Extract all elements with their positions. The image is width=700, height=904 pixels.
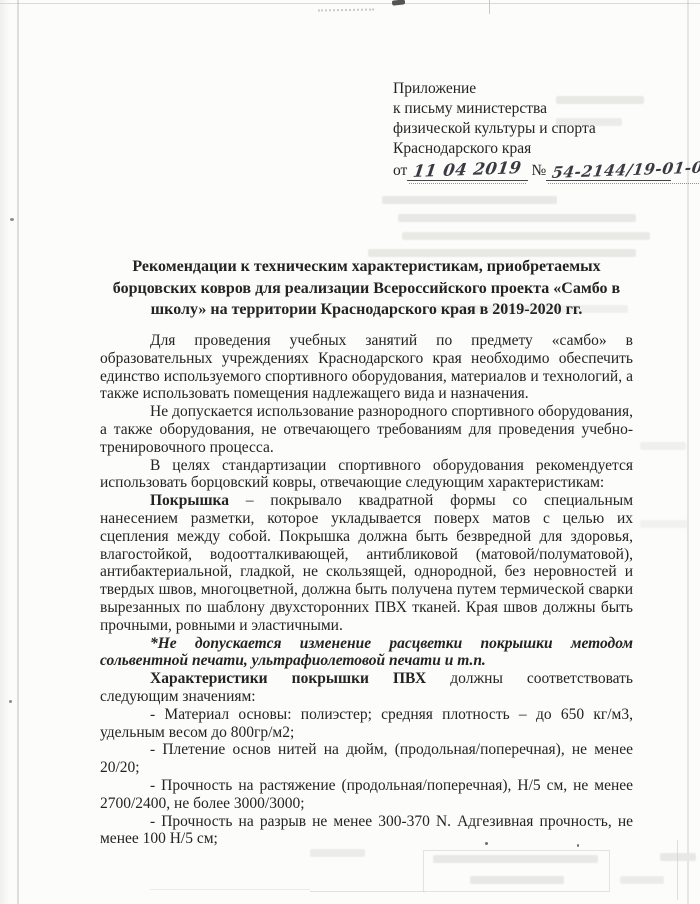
date-underline-slot: 11 04 2019 xyxy=(409,160,525,184)
list-item-tear-strength: - Прочность на разрыв не менее 300-370 N… xyxy=(100,813,633,849)
reference-line-4: Краснодарского края xyxy=(393,139,700,159)
reference-date-number-line: от11 04 2019 №54-2144/19-01-06 xyxy=(393,160,700,184)
document-body: Для проведения учебных занятий по предме… xyxy=(100,332,633,848)
bleedthrough-mark xyxy=(433,855,598,863)
paragraph-text: - Прочность на растяжение (продольная/по… xyxy=(100,777,633,812)
paragraph-text: - Прочность на разрыв не менее 300-370 N… xyxy=(100,813,633,848)
scan-speck xyxy=(9,700,12,703)
document-title: Рекомендации к техническим характеристик… xyxy=(100,256,633,321)
bleedthrough-mark xyxy=(398,214,636,222)
paragraph-text: - Материал основы: полиэстер; средняя пл… xyxy=(100,706,633,741)
bleedthrough-mark xyxy=(310,849,365,857)
from-label: от xyxy=(393,162,407,179)
scan-top-squiggle xyxy=(318,9,374,12)
paragraph-text: - Плетение основ нитей на дюйм, (продоль… xyxy=(100,741,633,776)
paragraph-standardization: В целях стандартизации спортивного обору… xyxy=(100,457,633,493)
paragraph-pvc-characteristics: Характеристики покрышки ПВХ должны соотв… xyxy=(100,670,633,706)
paragraph-cover-definition: Покрышка – покрывало квадратной формы со… xyxy=(100,492,633,634)
number-underline-slot: 54-2144/19-01-06 xyxy=(548,160,700,184)
paragraph-lead: Характеристики покрышки ПВХ xyxy=(150,670,426,687)
bleedthrough-line xyxy=(150,889,310,890)
paragraph-text: Для проведения учебных занятий по предме… xyxy=(100,332,633,402)
reference-line-1: Приложение xyxy=(393,79,700,99)
bleedthrough-line xyxy=(677,840,678,900)
scan-top-mark xyxy=(392,0,405,6)
number-label: № xyxy=(532,162,547,179)
paragraph-text: *Не допускается изменение расцветки покр… xyxy=(100,635,633,670)
list-item-tensile-strength: - Прочность на растяжение (продольная/по… xyxy=(100,777,633,813)
scan-top-hairline xyxy=(0,3,700,4)
bleedthrough-mark xyxy=(640,520,688,528)
bleedthrough-mark xyxy=(382,196,557,204)
paragraph-not-allowed: Не допускается использование разнородног… xyxy=(100,403,633,456)
scan-fold-line-left xyxy=(17,0,19,904)
bleedthrough-mark xyxy=(402,232,650,240)
bleedthrough-mark xyxy=(470,876,564,884)
paragraph-text: – покрывало квадратной формы со специаль… xyxy=(100,492,633,634)
paragraph-print-restriction: *Не допускается изменение расцветки покр… xyxy=(100,635,633,671)
paragraph-text: В целях стандартизации спортивного обору… xyxy=(100,457,633,492)
handwritten-date: 11 04 2019 xyxy=(412,158,523,182)
bleedthrough-mark xyxy=(660,853,696,861)
scan-top-tick xyxy=(489,0,490,14)
list-item-weave: - Плетение основ нитей на дюйм, (продоль… xyxy=(100,741,633,777)
bleedthrough-mark xyxy=(640,442,686,450)
list-item-material: - Материал основы: полиэстер; средняя пл… xyxy=(100,706,633,742)
handwritten-number: 54-2144/19-01-06 xyxy=(551,157,700,183)
scanned-document-page: Приложение к письму министерства физичес… xyxy=(0,0,700,904)
bleedthrough-line xyxy=(310,891,425,892)
paragraph-intro: Для проведения учебных занятий по предме… xyxy=(100,332,633,403)
paragraph-lead: Покрышка xyxy=(150,492,229,509)
paragraph-text: Не допускается использование разнородног… xyxy=(100,403,633,456)
reference-line-2: к письму министерства xyxy=(393,99,700,119)
scan-speck xyxy=(10,218,14,221)
letter-reference-block: Приложение к письму министерства физичес… xyxy=(393,79,700,184)
bleedthrough-mark xyxy=(620,876,664,884)
reference-line-3: физической культуры и спорта xyxy=(393,119,700,139)
